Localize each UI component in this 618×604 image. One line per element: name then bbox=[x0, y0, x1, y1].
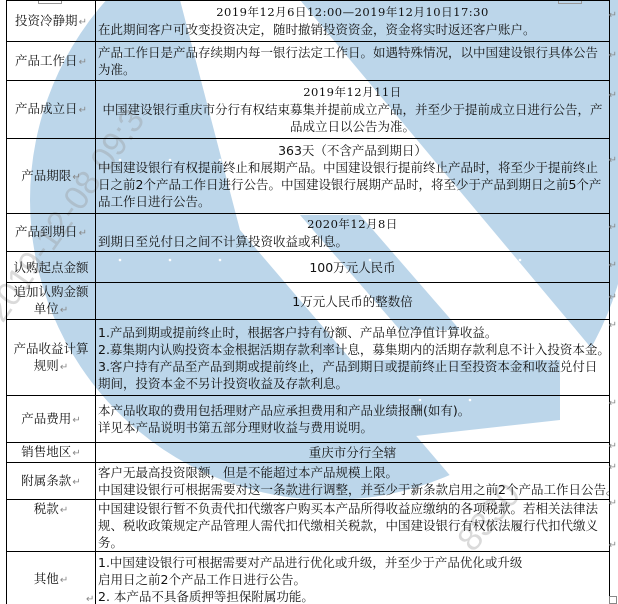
maturity-date: 2020年12月8日 bbox=[98, 216, 607, 233]
row-end-mark: ↵ bbox=[609, 498, 617, 509]
row-label: 附属条款↵ bbox=[7, 463, 96, 500]
row-label: 产品工作日↵ bbox=[7, 42, 96, 81]
row-label: 投资冷静期↵ bbox=[7, 1, 96, 42]
sales-region: 重庆市分行全辖 bbox=[98, 444, 607, 461]
cooling-period-dates: 2019年12月6日12:00—2019年12月10日17:30 bbox=[98, 4, 607, 21]
table-row: 追加认购金额单位↵ 1万元人民币的整数倍 bbox=[7, 283, 610, 320]
row-end-mark: ↵ bbox=[609, 50, 617, 61]
increment-unit: 1万元人民币的整数倍 bbox=[98, 293, 607, 310]
row-label: 税款↵ bbox=[7, 500, 96, 552]
maturity-desc: 到期日至兑付日之间不计算投资收益或利息。 bbox=[98, 233, 607, 250]
table-row: 产品收益计算规则↵ 1.产品到期或提前终止时，根据客户持有份额、产品单位净值计算… bbox=[7, 320, 610, 396]
min-subscription-amount: 100万元人民币 bbox=[98, 259, 607, 276]
row-value: 中国建设银行暂不负责代扣代缴客户购买本产品所得收益应缴纳的各项税款。若相关法律法… bbox=[96, 500, 610, 552]
table-row: 认购起点金额 100万元人民币 bbox=[7, 252, 610, 283]
row-end-mark: ↵ bbox=[609, 222, 617, 233]
row-value: 本产品收取的费用包括理财产品应承担费用和产品业绩报酬(如有)。 详见本产品说明书… bbox=[96, 396, 610, 443]
table-row: 投资冷静期↵ 2019年12月6日12:00—2019年12月10日17:30 … bbox=[7, 1, 610, 42]
row-label: 销售地区↵ bbox=[7, 443, 96, 463]
row-end-mark: ↵ bbox=[609, 540, 617, 551]
term-days: 363天（不含产品到期日） bbox=[98, 142, 607, 159]
row-label: 产品费用↵ bbox=[7, 396, 96, 443]
tax-desc: 中国建设银行暂不负责代扣代缴客户购买本产品所得收益应缴纳的各项税款。若相关法律法… bbox=[98, 500, 607, 551]
other-terms-2: 启用日之前2个产品工作日进行公告。 bbox=[98, 571, 607, 588]
term-desc: 中国建设银行有权提前终止和展期产品。中国建设银行提前终止产品时，将至少于提前终止… bbox=[98, 159, 607, 210]
row-label: 产品成立日↵ bbox=[7, 81, 96, 139]
table-row: 税款↵ 中国建设银行暂不负责代扣代缴客户购买本产品所得收益应缴纳的各项税款。若相… bbox=[7, 500, 610, 552]
table-resize-handle[interactable] bbox=[609, 596, 617, 604]
row-value: 2019年12月6日12:00—2019年12月10日17:30 在此期间客户可… bbox=[96, 1, 610, 42]
table-row: 产品期限↵ 363天（不含产品到期日） 中国建设银行有权提前终止和展期产品。中国… bbox=[7, 139, 610, 214]
row-label: 认购起点金额 bbox=[7, 252, 96, 283]
row-end-mark: ↵ bbox=[609, 441, 617, 452]
table-row: 产品成立日↵ 2019年12月11日 中国建设银行重庆市分行有权结束募集并提前成… bbox=[7, 81, 610, 139]
product-terms-table: 投资冷静期↵ 2019年12月6日12:00—2019年12月10日17:30 … bbox=[6, 0, 610, 604]
table-row: 产品工作日↵ 产品工作日是产品存续期内每一银行法定工作日。如遇特殊情况，以中国建… bbox=[7, 42, 610, 81]
table-row: 其他↵ 1.中国建设银行可根据需要对产品进行优化或升级，并至少于产品优化或升级 … bbox=[7, 552, 610, 604]
row-label: 其他↵ bbox=[7, 552, 96, 604]
row-value: 重庆市分行全辖 bbox=[96, 443, 610, 463]
row-value: 1.中国建设银行可根据需要对产品进行优化或升级，并至少于产品优化或升级 启用日之… bbox=[96, 552, 610, 604]
row-end-mark: ↵ bbox=[609, 292, 617, 303]
row-label: 产品收益计算规则↵ bbox=[7, 320, 96, 396]
income-rule-2: 2.募集期内认购投资本金根据活期存款利率计息，募集期内的活期存款利息不计入投资本… bbox=[98, 341, 607, 358]
income-rule-3: 3.客户持有产品至产品到期或提前终止，产品到期日或提前终止日至投资本金和收益兑付… bbox=[98, 358, 607, 392]
row-value: 产品工作日是产品存续期内每一银行法定工作日。如遇特殊情况，以中国建设银行具体公告… bbox=[96, 42, 610, 81]
table-row: 产品到期日↵ 2020年12月8日 到期日至兑付日之间不计算投资收益或利息。 bbox=[7, 214, 610, 252]
row-end-mark: ↵ bbox=[609, 10, 617, 21]
row-value: 1万元人民币的整数倍 bbox=[96, 283, 610, 320]
working-day-desc: 产品工作日是产品存续期内每一银行法定工作日。如遇特殊情况，以中国建设银行具体公告… bbox=[98, 44, 607, 78]
row-end-mark: ↵ bbox=[609, 462, 617, 473]
row-label: 产品到期日↵ bbox=[7, 214, 96, 252]
additional-terms-2: 中国建设银行可根据需要对这一条款进行调整，并至少于新条款启用之前2个产品工作日公… bbox=[98, 481, 607, 498]
row-value: 100万元人民币 bbox=[96, 252, 610, 283]
row-label: 追加认购金额单位↵ bbox=[7, 283, 96, 320]
row-end-mark: ↵ bbox=[609, 155, 617, 166]
table-row: 产品费用↵ 本产品收取的费用包括理财产品应承担费用和产品业绩报酬(如有)。 详见… bbox=[7, 396, 610, 443]
row-value: 1.产品到期或提前终止时，根据客户持有份额、产品单位净值计算收益。 2.募集期内… bbox=[96, 320, 610, 396]
additional-terms-1: 客户无最高投资限额，但是不能超过本产品规模上限。 bbox=[98, 464, 607, 481]
row-value: 2019年12月11日 中国建设银行重庆市分行有权结束募集并提前成立产品，并至少… bbox=[96, 81, 610, 139]
income-rule-1: 1.产品到期或提前终止时，根据客户持有份额、产品单位净值计算收益。 bbox=[98, 324, 607, 341]
row-value: 客户无最高投资限额，但是不能超过本产品规模上限。 中国建设银行可根据需要对这一条… bbox=[96, 463, 610, 500]
establish-desc: 中国建设银行重庆市分行有权结束募集并提前成立产品，并至少于提前成立日进行公告，产… bbox=[98, 101, 607, 135]
table-row: 附属条款↵ 客户无最高投资限额，但是不能超过本产品规模上限。 中国建设银行可根据… bbox=[7, 463, 610, 500]
row-end-mark: ↵ bbox=[609, 398, 617, 409]
establish-date: 2019年12月11日 bbox=[98, 84, 607, 101]
other-terms-1: 1.中国建设银行可根据需要对产品进行优化或升级，并至少于产品优化或升级 bbox=[98, 554, 607, 571]
fee-desc-1: 本产品收取的费用包括理财产品应承担费用和产品业绩报酬(如有)。 bbox=[98, 402, 607, 419]
table-row: 销售地区↵ 重庆市分行全辖 bbox=[7, 443, 610, 463]
row-end-mark: ↵ bbox=[609, 320, 617, 331]
row-end-mark: ↵ bbox=[609, 90, 617, 101]
other-terms-3: 2. 本产品不具备质押等担保附属功能。 bbox=[98, 588, 607, 604]
row-value: 2020年12月8日 到期日至兑付日之间不计算投资收益或利息。 bbox=[96, 214, 610, 252]
cooling-period-desc: 在此期间客户可改变投资决定，随时撤销投资资金，资金将实时返还客户账户。 bbox=[98, 21, 607, 38]
document-end-paragraph-mark: ↵ bbox=[86, 594, 94, 604]
fee-desc-2: 详见本产品说明书第五部分理财收益与费用说明。 bbox=[98, 419, 607, 436]
row-value: 363天（不含产品到期日） 中国建设银行有权提前终止和展期产品。中国建设银行提前… bbox=[96, 139, 610, 214]
row-label: 产品期限↵ bbox=[7, 139, 96, 214]
row-end-mark: ↵ bbox=[609, 260, 617, 271]
